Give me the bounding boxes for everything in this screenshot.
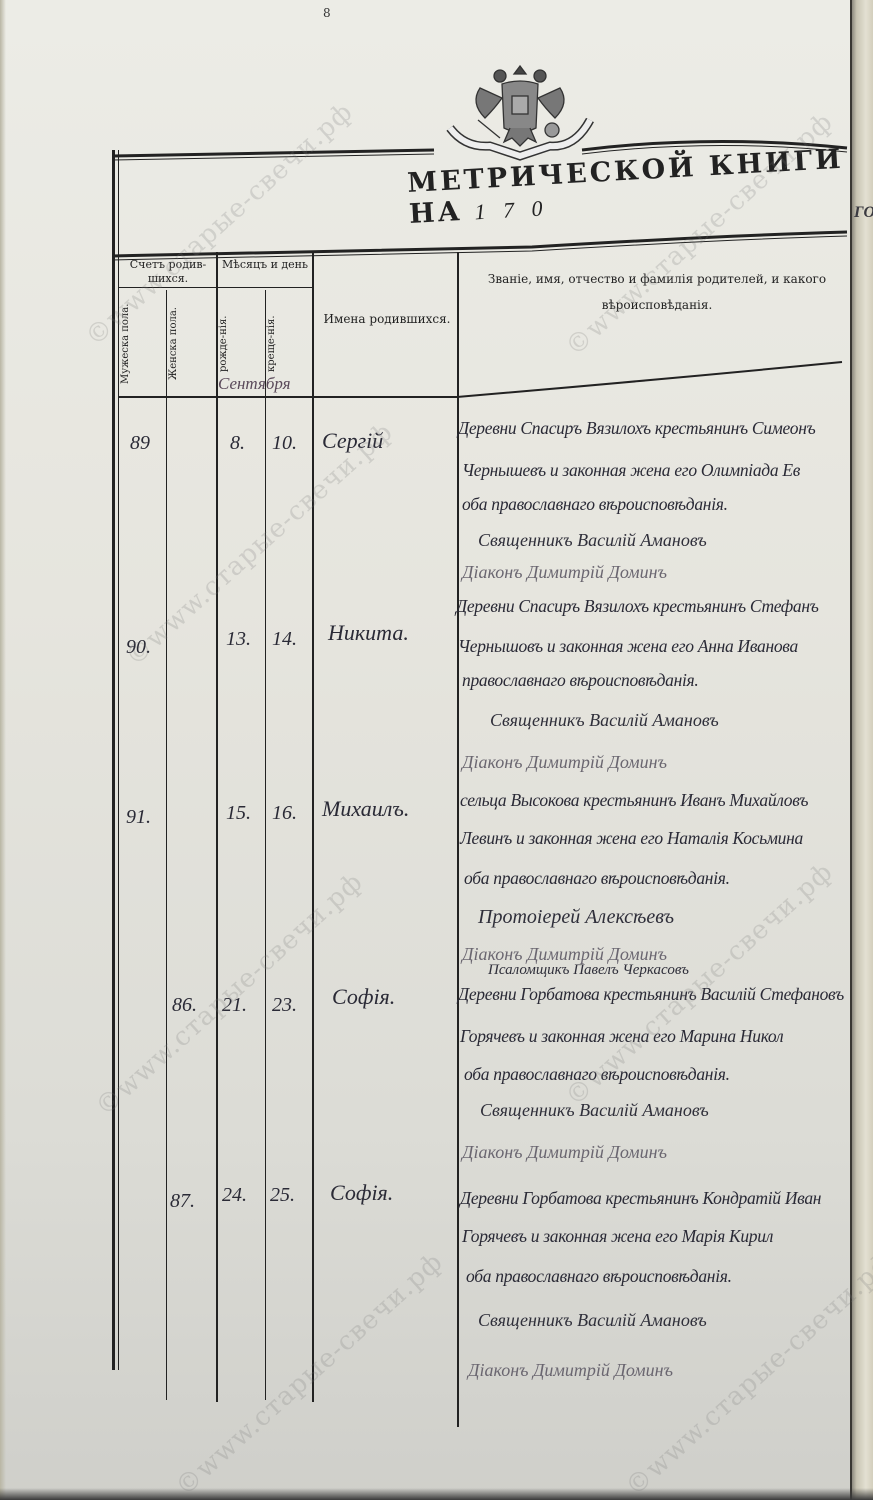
female-number: 87.: [170, 1190, 195, 1213]
parents-line: Деревни Спасиръ Вязилохъ крестьянинъ Сте…: [456, 596, 819, 617]
col-line-count-month: [216, 252, 218, 1402]
child-name: Михаилъ.: [322, 796, 409, 822]
baptism-day: 16.: [272, 802, 297, 825]
parents-line: оба православнаго вѣроисповѣданія.: [464, 868, 730, 889]
parents-line: Горячевъ и законная жена его Марія Кирил: [462, 1226, 773, 1247]
birth-day: 13.: [226, 628, 251, 651]
parents-line: Деревни Горбатова крестьянинъ Кондратій …: [460, 1188, 821, 1209]
signature-priest: Священникъ Василій Амановъ: [480, 1100, 709, 1121]
page-edge-shadow: [0, 0, 6, 1500]
baptism-day: 14.: [272, 628, 297, 651]
parents-line: Деревни Спасиръ Вязилохъ крестьянинъ Сим…: [458, 418, 815, 439]
birth-day: 15.: [226, 802, 251, 825]
month-note: Сентября: [218, 374, 291, 394]
male-number: 91.: [126, 806, 151, 829]
parents-line: Чернышевъ и законная жена его Олимпіада …: [462, 460, 800, 481]
parents-line: оба православнаго вѣроисповѣданія.: [466, 1266, 732, 1287]
child-name: Никита.: [328, 620, 409, 646]
header-month-day: Мѣсяцъ и день: [218, 258, 312, 272]
metric-book-page: 8 МЕТРИЧЕСКОЙ КНИГИ НА1 7 0: [0, 0, 873, 1500]
signature-priest: Священникъ Василій Амановъ: [490, 710, 719, 731]
baptism-day: 10.: [272, 432, 297, 455]
birth-day: 8.: [230, 432, 245, 455]
baptism-day: 23.: [272, 994, 297, 1017]
col-line-male-female: [166, 290, 167, 1400]
parents-line: Чернышовъ и законная жена его Анна Ивано…: [458, 636, 798, 657]
col-line-month-names: [312, 252, 314, 1402]
signature-archpriest: Протоіерей Алексѣевъ: [478, 906, 674, 929]
spine-title-fragment: ГОД: [854, 204, 873, 222]
page-bottom-shadow: [0, 1488, 873, 1500]
parents-line: Деревни Горбатова крестьянинъ Василій Ст…: [458, 984, 844, 1005]
header-names: Имена родившихся.: [318, 312, 456, 326]
signature-deacon: Діаконъ Димитрій Доминъ: [462, 562, 667, 583]
male-number: 89: [130, 432, 150, 455]
page-mark: 8: [323, 6, 331, 20]
parents-line: Левинъ и законная жена его Наталія Косьм…: [460, 828, 803, 849]
parents-line: сельца Высокова крестьянинъ Иванъ Михайл…: [460, 790, 808, 811]
signature-deacon: Діаконъ Димитрій Доминъ: [462, 752, 667, 773]
parents-line: православнаго вѣроисповѣданія.: [462, 670, 698, 691]
header-bottom-line: [119, 396, 457, 398]
signature-priest: Священникъ Василій Амановъ: [478, 1310, 707, 1331]
signature-psalmist: Псаломщикъ Павелъ Черкасовъ: [488, 962, 689, 979]
header-female: Женска пола.: [168, 302, 214, 386]
child-name: Софія.: [330, 1180, 393, 1206]
col-line-birth-baptism: [265, 290, 266, 1400]
signature-deacon: Діаконъ Димитрій Доминъ: [468, 1360, 673, 1381]
baptism-day: 25.: [270, 1184, 295, 1207]
signature-priest: Священникъ Василій Амановъ: [478, 530, 707, 551]
signature-deacon: Діаконъ Димитрій Доминъ: [462, 1142, 667, 1163]
child-name: Софія.: [332, 984, 395, 1010]
header-parents-line2: вѣроисповѣданія.: [462, 298, 852, 312]
birth-day: 24.: [222, 1184, 247, 1207]
parents-line: оба православнаго вѣроисповѣданія.: [462, 494, 728, 515]
header-bottom-curve: [457, 350, 852, 410]
